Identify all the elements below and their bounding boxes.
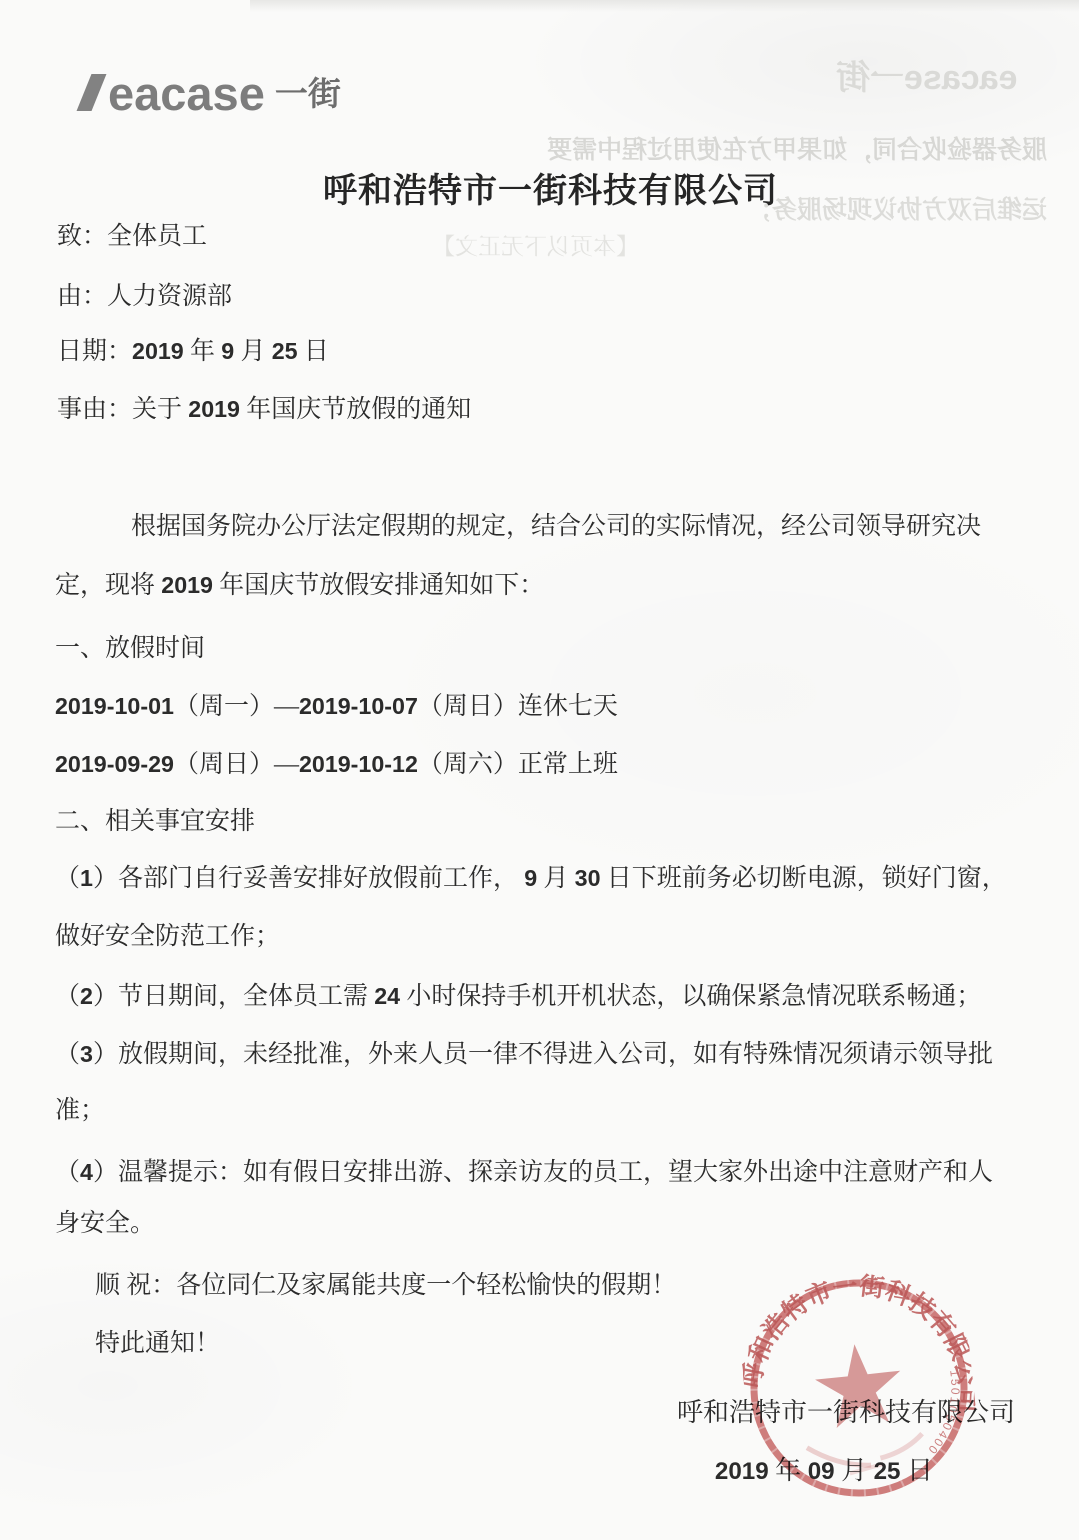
workday-range-line: 2019-09-29（周日）—2019-10-12（周六）正常上班 [55,744,618,780]
field-subject: 事由：关于 2019 年国庆节放假的通知 [57,389,471,425]
document-title: 呼和浩特市一街科技有限公司 [0,163,1079,212]
item-2-line: （2）节日期间，全体员工需 24 小时保持手机开机状态，以确保紧急情况联系畅通； [55,976,981,1012]
holiday-range-line: 2019-10-01（周一）—2019-10-07（周日）连休七天 [55,686,618,722]
field-to: 致：全体员工 [57,216,207,252]
company-logo: eacase 一街 [78,74,341,113]
item-3-line: （3）放假期间，未经批准，外来人员一律不得进入公司，如有特殊情况须请示领导批 [55,1034,993,1070]
seal-star-icon [812,1340,906,1430]
well-wishes-line: 顺 祝：各位同仁及家属能共度一个轻松愉快的假期！ [95,1265,676,1301]
document-page: eacase一街 服务器验收合同，如果甲方在使用过程中需要 运维后双方协议现场服… [0,0,1079,1540]
section-heading-holiday-time: 一、放假时间 [55,628,205,664]
logo-slash-icon [77,74,107,111]
body-line: 定，现将 2019 年国庆节放假安排通知如下： [55,565,544,601]
bleed-through-note: 【本页以下无正文】 [432,228,639,261]
item-4-line: （4）温馨提示：如有假日安排出游、探亲访友的员工，望大家外出途中注意财产和人 [55,1152,993,1188]
item-1-line: （1）各部门自行妥善安排好放假前工作， 9 月 30 日下班前务必切断电源，锁好… [55,858,1007,894]
field-from: 由：人力资源部 [57,276,232,312]
logo-brand-text: eacase [108,75,265,113]
field-date: 日期：2019 年 9 月 25 日 [57,331,329,367]
company-seal-stamp-icon: 呼和浩特市一街科技有限公司 1501050400469 [734,1263,985,1514]
notice-closing-line: 特此通知！ [95,1323,220,1359]
body-line: 根据国务院办公厅法定假期的规定，结合公司的实际情况，经公司领导研究决 [131,506,981,542]
item-4-line: 身安全。 [55,1203,155,1239]
logo-suffix-text: 一街 [275,79,341,112]
bleed-through-text: 服务器验收合同，如果甲方在使用过程中需要 [547,130,1047,166]
bleed-through-logo: eacase一街 [836,50,1017,99]
scan-shadow [250,0,1079,12]
item-3-line: 准； [55,1090,105,1126]
item-1-line: 做好安全防范工作； [55,916,280,952]
section-heading-arrangements: 二、相关事宜安排 [55,801,255,837]
